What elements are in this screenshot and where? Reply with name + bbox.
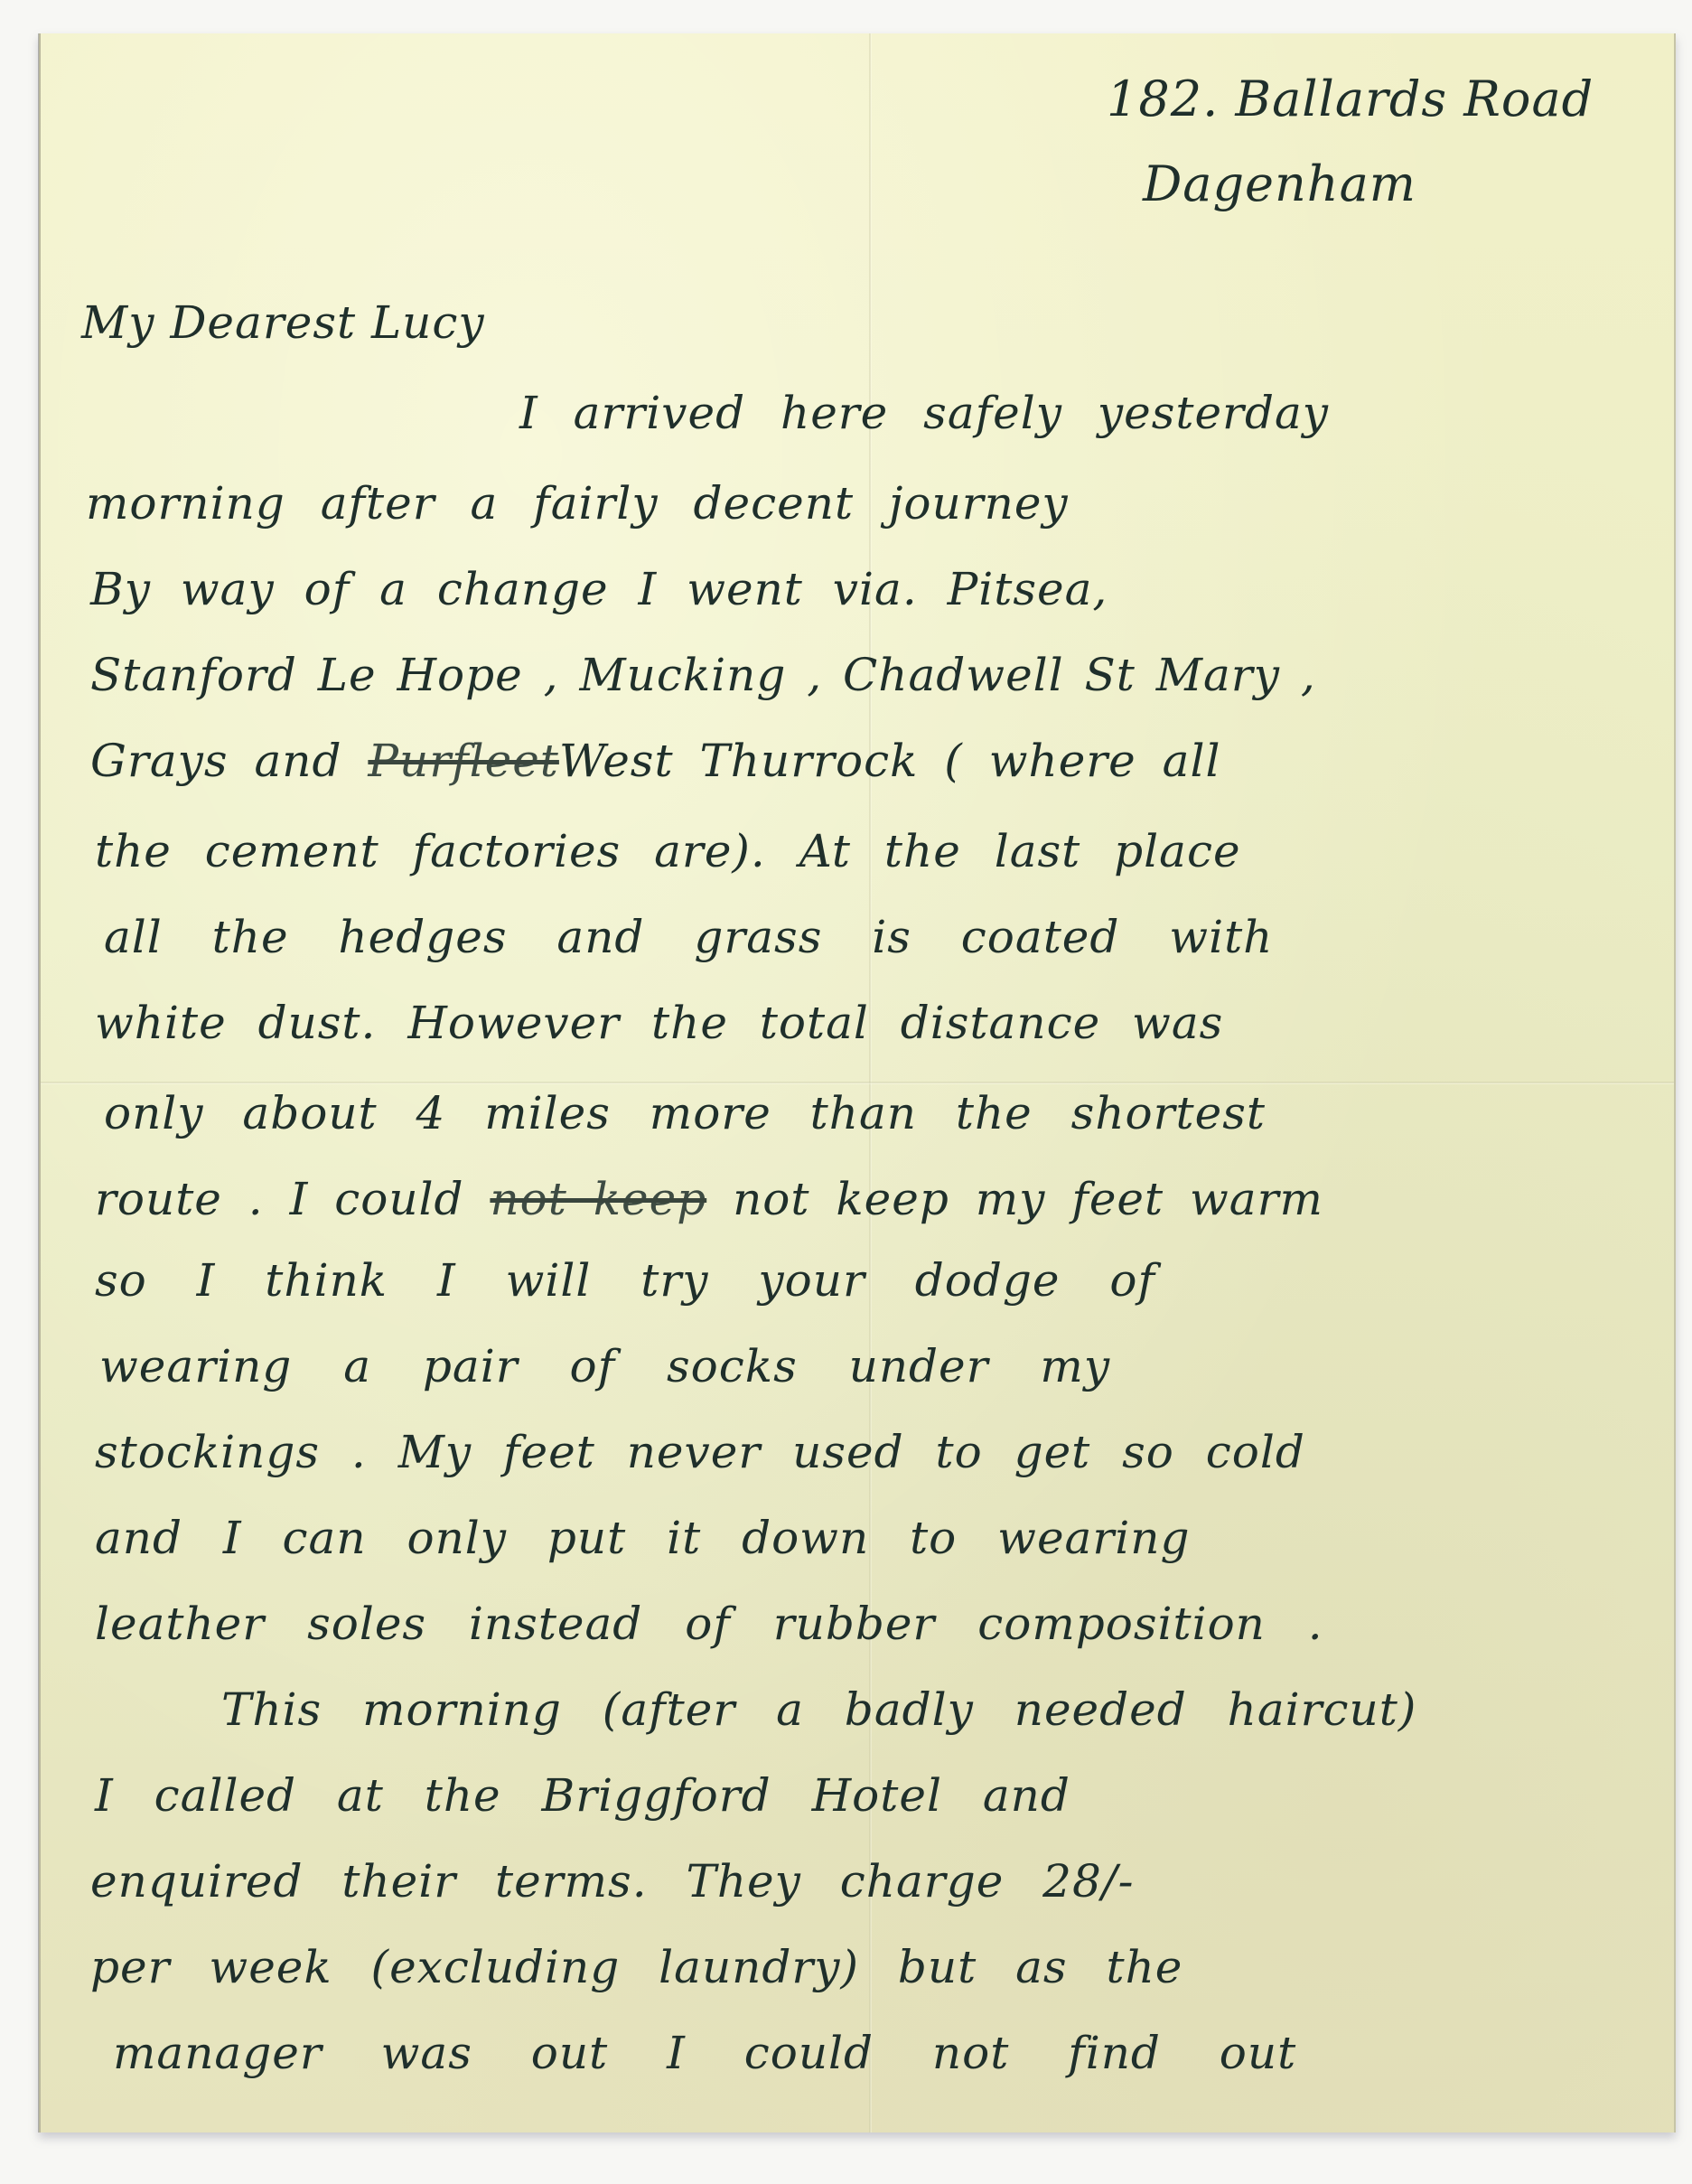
line-text: Grays and [90, 735, 368, 787]
letter-line: enquired their terms. They charge 28/- [90, 1859, 1135, 1904]
letter-line: all the hedges and grass is coated with [104, 914, 1273, 960]
letter-page: 182. Ballards Road Dagenham My Dearest L… [39, 33, 1676, 2132]
letter-line: and I can only put it down to wearing [95, 1515, 1190, 1561]
letter-line: so I think I will try your dodge of [95, 1258, 1155, 1303]
letter-line: manager was out I could not find out [113, 2030, 1296, 2076]
letter-line: per week (excluding laundry) but as the [90, 1945, 1183, 1990]
letter-line: leather soles instead of rubber composit… [95, 1601, 1323, 1646]
letter-line: Stanford Le Hope , Mucking , Chadwell St… [90, 652, 1316, 698]
struck-out-word: not keep [490, 1173, 706, 1225]
address-street: 182. Ballards Road [1107, 75, 1594, 124]
letter-line: I called at the Briggford Hotel and [95, 1773, 1070, 1818]
letter-line: morning after a fairly decent journey [86, 481, 1069, 526]
line-text: West Thurrock ( where all [559, 735, 1221, 787]
letter-line: the cement factories are). At the last p… [95, 829, 1241, 874]
letter-line: only about 4 miles more than the shortes… [104, 1091, 1266, 1136]
address-town: Dagenham [1143, 160, 1416, 209]
letter-line: white dust. However the total distance w… [95, 1000, 1223, 1045]
letter-line: stockings . My feet never used to get so… [95, 1429, 1305, 1475]
line-text: not keep my feet warm [706, 1173, 1323, 1225]
letter-line: I arrived here safely yesterday [519, 390, 1329, 436]
letter-line: wearing a pair of socks under my [99, 1344, 1110, 1389]
letter-line: route . I could not keep not keep my fee… [95, 1176, 1323, 1222]
letter-line: By way of a change I went via. Pitsea, [90, 567, 1108, 612]
struck-out-word: Purfleet [368, 735, 559, 787]
letter-line: Grays and PurfleetWest Thurrock ( where … [90, 738, 1220, 783]
letter-line: This morning (after a badly needed hairc… [221, 1687, 1416, 1732]
line-text: route . I could [95, 1173, 490, 1225]
horizontal-fold-crease [41, 1082, 1674, 1084]
salutation: My Dearest Lucy [81, 300, 485, 345]
